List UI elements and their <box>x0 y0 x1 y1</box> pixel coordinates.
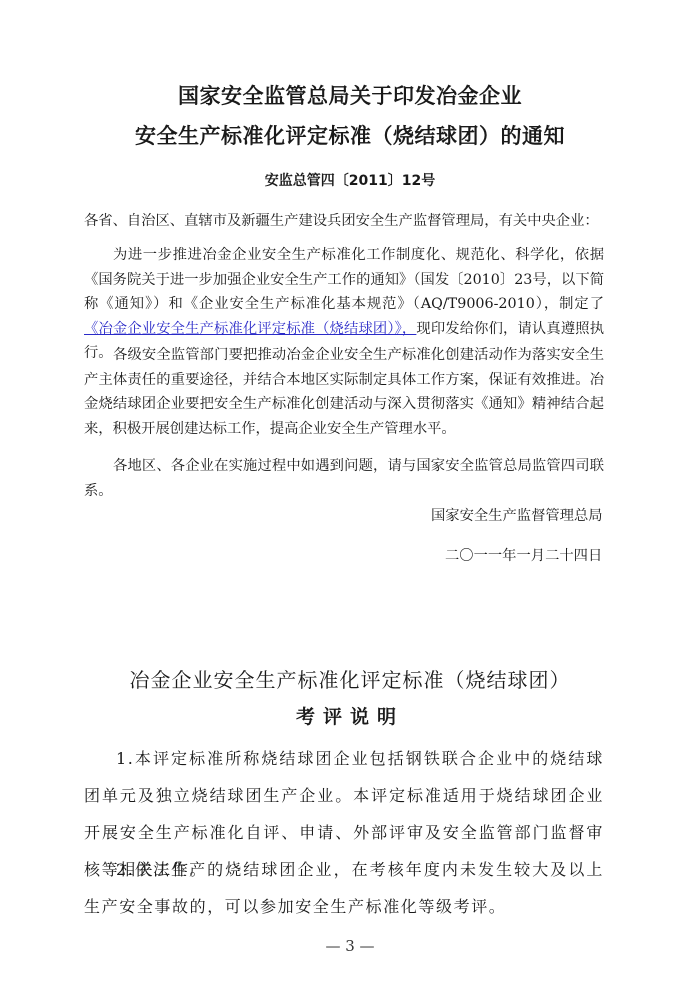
notice-paragraph-3: 各地区、各企业在实施过程中如遇到问题，请与国家安全监管总局监管四司联系。 <box>84 454 604 503</box>
notice-paragraph-2: 各级安全监管部门要把推动冶金企业安全生产标准化创建活动作为落实安全生产主体责任的… <box>84 343 604 441</box>
standard-subtitle: 考评说明 <box>0 702 700 729</box>
signature-date: 二〇一一年一月二十四日 <box>445 545 602 565</box>
standard-link[interactable]: 《冶金企业安全生产标准化评定标准（烧结球团）》， <box>84 321 416 337</box>
standard-item-2: 2.依法生产的烧结球团企业，在考核年度内未发生较大及以上生产安全事故的，可以参加… <box>84 851 604 925</box>
notice-title-line1: 国家安全监管总局关于印发冶金企业 <box>0 80 700 110</box>
signature-issuer: 国家安全生产监督管理总局 <box>431 505 603 525</box>
standard-title: 冶金企业安全生产标准化评定标准（烧结球团） <box>0 664 700 693</box>
notice-title-line2: 安全生产标准化评定标准（烧结球团）的通知 <box>0 120 700 150</box>
document-number: 安监总管四〔2011〕12号 <box>0 170 700 190</box>
salutation: 各省、自治区、直辖市及新疆生产建设兵团安全生产监督管理局，有关中央企业： <box>84 210 604 230</box>
paragraph-1-text-before: 为进一步推进冶金企业安全生产标准化工作制度化、规范化、科学化，依据《国务院关于进… <box>84 247 604 312</box>
page-number: — 3 — <box>0 937 700 955</box>
